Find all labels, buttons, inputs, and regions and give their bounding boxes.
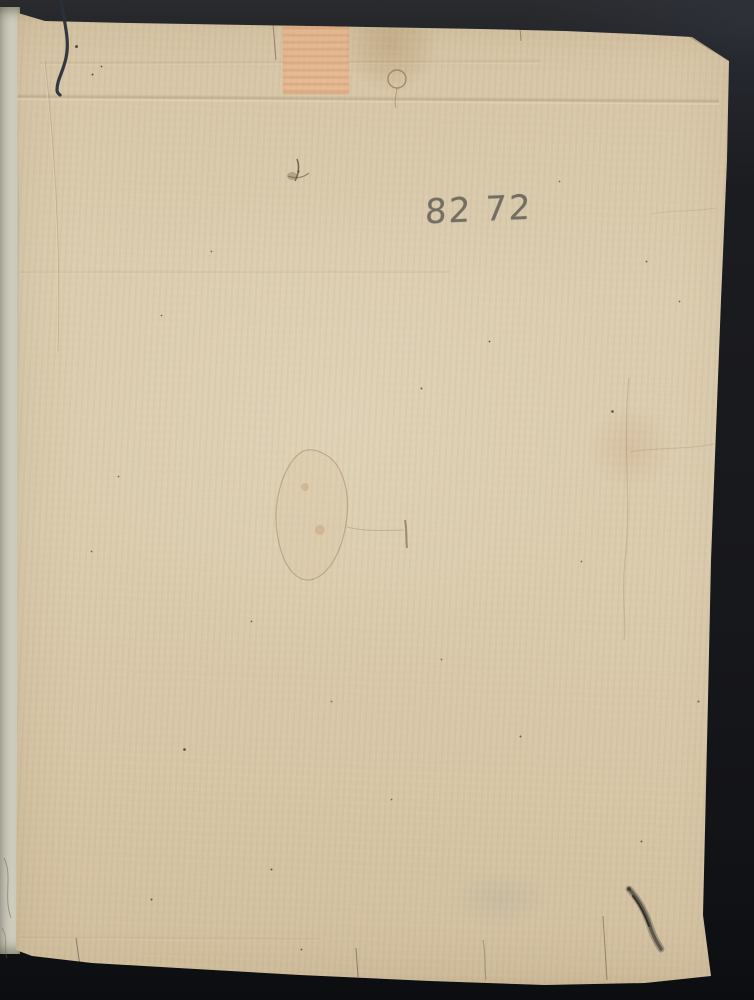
crease-line [17,94,719,106]
stain-spot [315,525,325,535]
ink-stamp [283,26,349,94]
ink-smudge [629,889,661,949]
crack-mark [603,916,607,980]
handwritten-number: 82 72 [425,188,533,233]
paper-marks-overlay [0,0,754,1000]
crease-line [630,444,714,452]
stain-tail [347,527,404,531]
torn-corner-fleck [724,47,728,51]
stain-outline [276,450,348,580]
ink-smudge [629,889,661,949]
crack-mark [520,28,521,41]
crack-mark [76,938,80,966]
torn-corner-edge [690,37,728,60]
book-scan: 82 72 [0,0,754,1000]
ink-mark [295,159,298,181]
crack-mark [356,948,358,977]
ink-blot [287,172,297,180]
stain-spot [301,483,309,491]
crease-shadow [45,61,59,351]
crease-line [651,208,716,214]
dash-mark [405,520,407,548]
ink-mark [288,173,309,178]
paper-page: 82 72 [0,0,754,1000]
ring-mark [388,70,406,88]
crease-line [20,935,320,942]
crack-mark [273,24,276,60]
crack-mark [483,940,486,980]
ink-smudge [633,896,649,926]
crease-line [20,270,450,275]
ink-smudge [627,887,631,891]
crease-line [624,378,629,640]
crease-highlight [44,60,58,350]
paper-speckles [0,0,1,1]
